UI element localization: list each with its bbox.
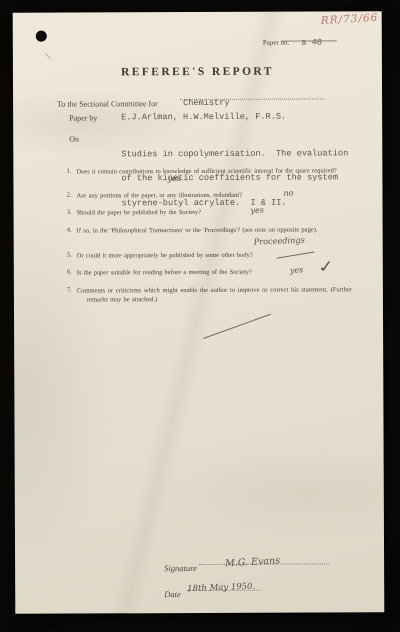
question-3-number: 3. [60, 209, 72, 218]
question-2-text: Are any portions of the paper, or any il… [76, 190, 351, 200]
question-7: 7. Comments or criticisms which might en… [60, 285, 352, 304]
answer-2-handwritten: no [283, 188, 293, 198]
committee-value: Chemistry [183, 98, 229, 108]
question-7-text: Comments or criticisms which might enabl… [77, 285, 352, 304]
question-5-number: 5. [60, 252, 72, 261]
question-7-number: 7. [60, 287, 72, 305]
question-4-number: 4. [60, 227, 72, 236]
signature-label: Signature [164, 563, 197, 573]
question-3-text: Should the paper be published by the Soc… [77, 207, 352, 217]
punch-hole-icon [36, 31, 47, 42]
scan-background: RR/73/66 Paper no. a 48 REFEREE'S REPORT… [0, 0, 400, 632]
archival-reference: RR/73/66 [321, 12, 379, 27]
referee-report-page: RR/73/66 Paper no. a 48 REFEREE'S REPORT… [13, 11, 385, 614]
question-4-text: If so, in the 'Philosophical Transaction… [77, 225, 352, 235]
question-2-number: 2. [59, 192, 71, 201]
check-mark-icon: ✓ [316, 256, 336, 277]
pencil-smudge [45, 53, 51, 60]
question-1-number: 1. [59, 168, 71, 177]
paper-by-label: Paper by [69, 113, 97, 122]
date-handwritten: 18th May 1950. [187, 582, 255, 595]
form-title: REFEREE'S REPORT [13, 65, 382, 79]
answer-4-handwritten: Proceedings [254, 235, 306, 247]
question-6-number: 6. [60, 269, 72, 278]
answer-6-handwritten: yes [290, 265, 304, 275]
paper-number-value: a 48 [301, 37, 322, 47]
question-6-text: Is the paper suitable for reading before… [77, 267, 352, 277]
question-4: 4. If so, in the 'Philosophical Transact… [60, 225, 352, 235]
signature-handwritten: M.G. Evans [225, 555, 281, 569]
paper-by-value: E.J.Arlman, H.W.Melville, F.R.S. [121, 112, 286, 123]
question-1: 1. Does it contain contributions to know… [59, 166, 351, 176]
question-1-text: Does it contain contributions to knowled… [76, 166, 351, 176]
question-2: 2. Are any portions of the paper, or any… [59, 190, 351, 200]
question-6: 6. Is the paper suitable for reading bef… [60, 267, 352, 277]
paper-title-line-1: Studies in copolymerisation. The evaluat… [121, 149, 348, 158]
committee-label: To the Sectional Committee for [57, 99, 158, 108]
answer-7-pen-dash-mark [203, 314, 271, 339]
date-label: Date [164, 589, 181, 599]
paper-number-rule [281, 40, 337, 41]
answer-1-handwritten: yes [167, 174, 181, 184]
on-label: On [69, 135, 79, 144]
question-3: 3. Should the paper be published by the … [60, 207, 352, 217]
answer-3-handwritten: yes [250, 205, 264, 215]
